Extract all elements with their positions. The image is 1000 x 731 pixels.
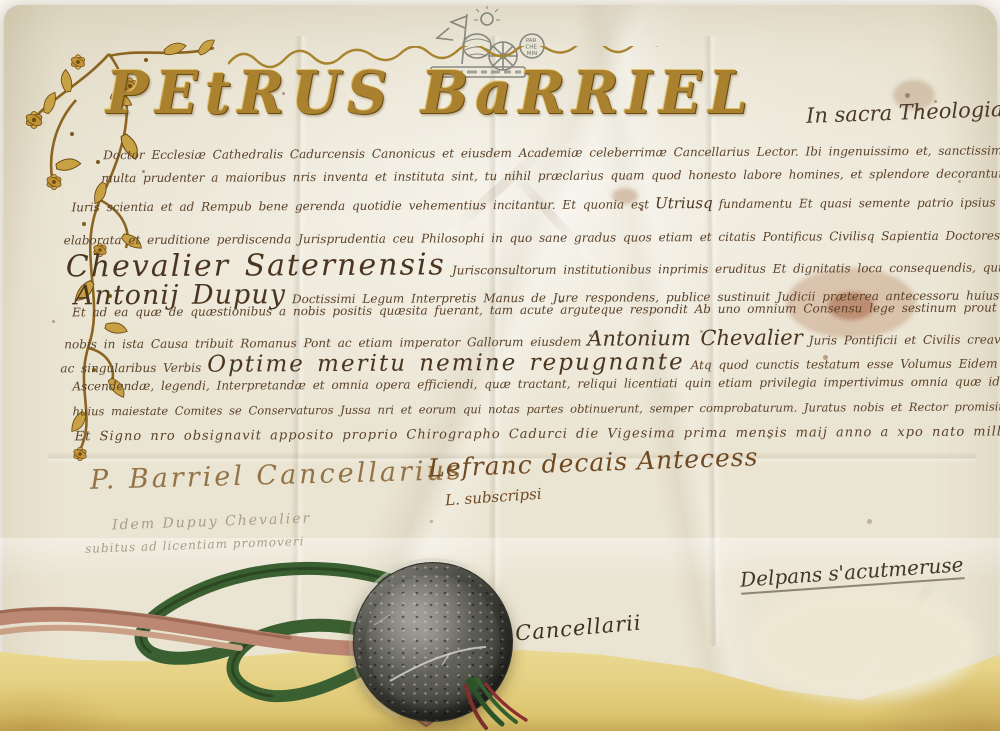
manuscript-line-3: Iuris scientia et ad Rempub bene gerenda… — [59, 193, 987, 215]
manuscript-line-2: multa prudenter a maioribus nris inventa… — [59, 167, 987, 189]
illuminated-title: PEtRUS BaRRIEL — [106, 58, 826, 128]
photo-backdrop: PAR CHE MIN — [0, 0, 1000, 731]
manuscript-line-9: ac singularibus VerbisOptime meritu nemi… — [60, 348, 988, 370]
manuscript-line-11: huius maiestate Comites se Conservaturos… — [61, 400, 989, 422]
manuscript-line-10: Ascendendæ, legendi, Interpretandæ et om… — [60, 375, 988, 397]
manuscript-body: Doctor Ecclesiæ Cathedralis Cadurcensis … — [59, 140, 989, 447]
manuscript-line-1: Doctor Ecclesiæ Cathedralis Cadurcensis … — [59, 140, 987, 162]
foxing-specks — [0, 0, 3, 3]
manuscript-line-7: Et ad ea quæ de quæstionibus a nobis pos… — [60, 301, 988, 323]
manuscript-line-5: Chevalier SaternensisJurisconsultorum in… — [60, 245, 988, 267]
manuscript-line-4: elaborata et eruditione perdiscenda Juri… — [60, 217, 988, 239]
ribbon-tassels — [440, 676, 560, 731]
manuscript-line-6: Antonij DupuyDoctissimi Legum Interpreti… — [60, 276, 988, 298]
manuscript-line-8: nobis in ista Causa tribuit Romanus Pont… — [60, 325, 988, 347]
light-parchment-patch — [748, 588, 978, 700]
